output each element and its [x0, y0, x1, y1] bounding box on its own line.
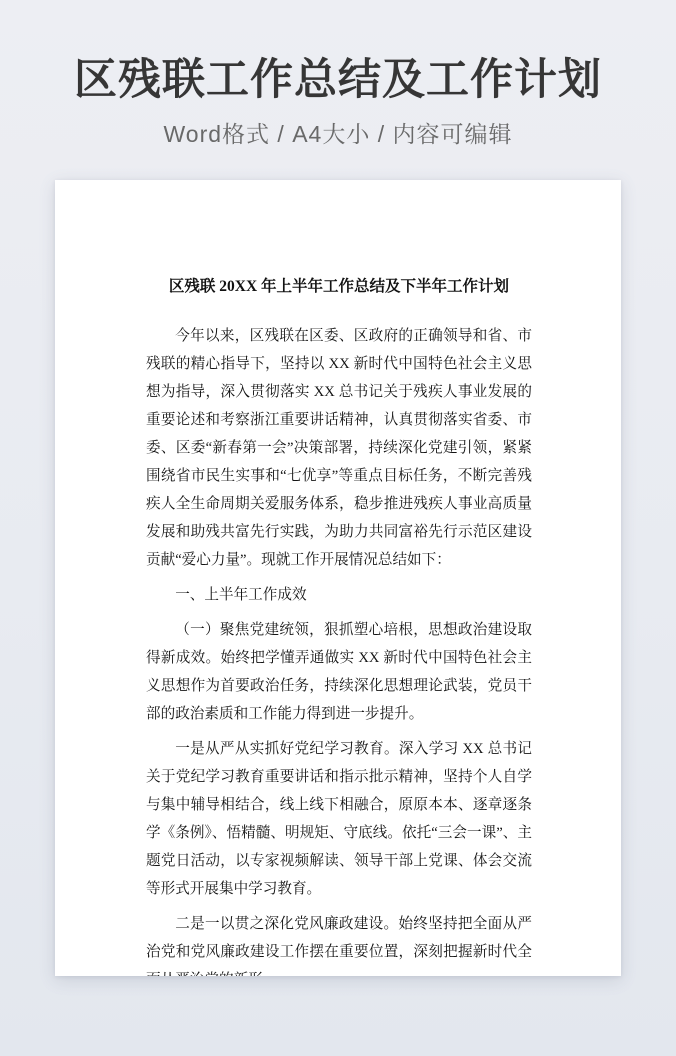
page-title: 区残联工作总结及工作计划 — [0, 55, 676, 107]
header: 区残联工作总结及工作计划 Word格式 / A4大小 / 内容可编辑 — [0, 0, 676, 149]
preview-canvas: 区残联工作总结及工作计划 Word格式 / A4大小 / 内容可编辑 区残联 2… — [0, 0, 676, 1056]
document-page: 区残联 20XX 年上半年工作总结及下半年工作计划 今年以来，区残联在区委、区政… — [55, 180, 621, 976]
document-paragraph: 一是从严从实抓好党纪学习教育。深入学习 XX 总书记关于党纪学习教育重要讲话和指… — [146, 735, 532, 903]
document-title: 区残联 20XX 年上半年工作总结及下半年工作计划 — [146, 274, 532, 296]
document-paragraph: 二是一以贯之深化党风廉政建设。始终坚持把全面从严治党和党风廉政建设工作摆在重要位… — [146, 910, 532, 976]
document-paragraph: 一、上半年工作成效 — [146, 581, 532, 609]
document-body: 今年以来，区残联在区委、区政府的正确领导和省、市残联的精心指导下，坚持以 XX … — [146, 322, 532, 976]
document-paragraph: （一）聚焦党建统领，狠抓塑心培根，思想政治建设取得新成效。始终把学懂弄通做实 X… — [146, 616, 532, 728]
document-paragraph: 今年以来，区残联在区委、区政府的正确领导和省、市残联的精心指导下，坚持以 XX … — [146, 322, 532, 574]
page-subtitle: Word格式 / A4大小 / 内容可编辑 — [0, 116, 676, 149]
